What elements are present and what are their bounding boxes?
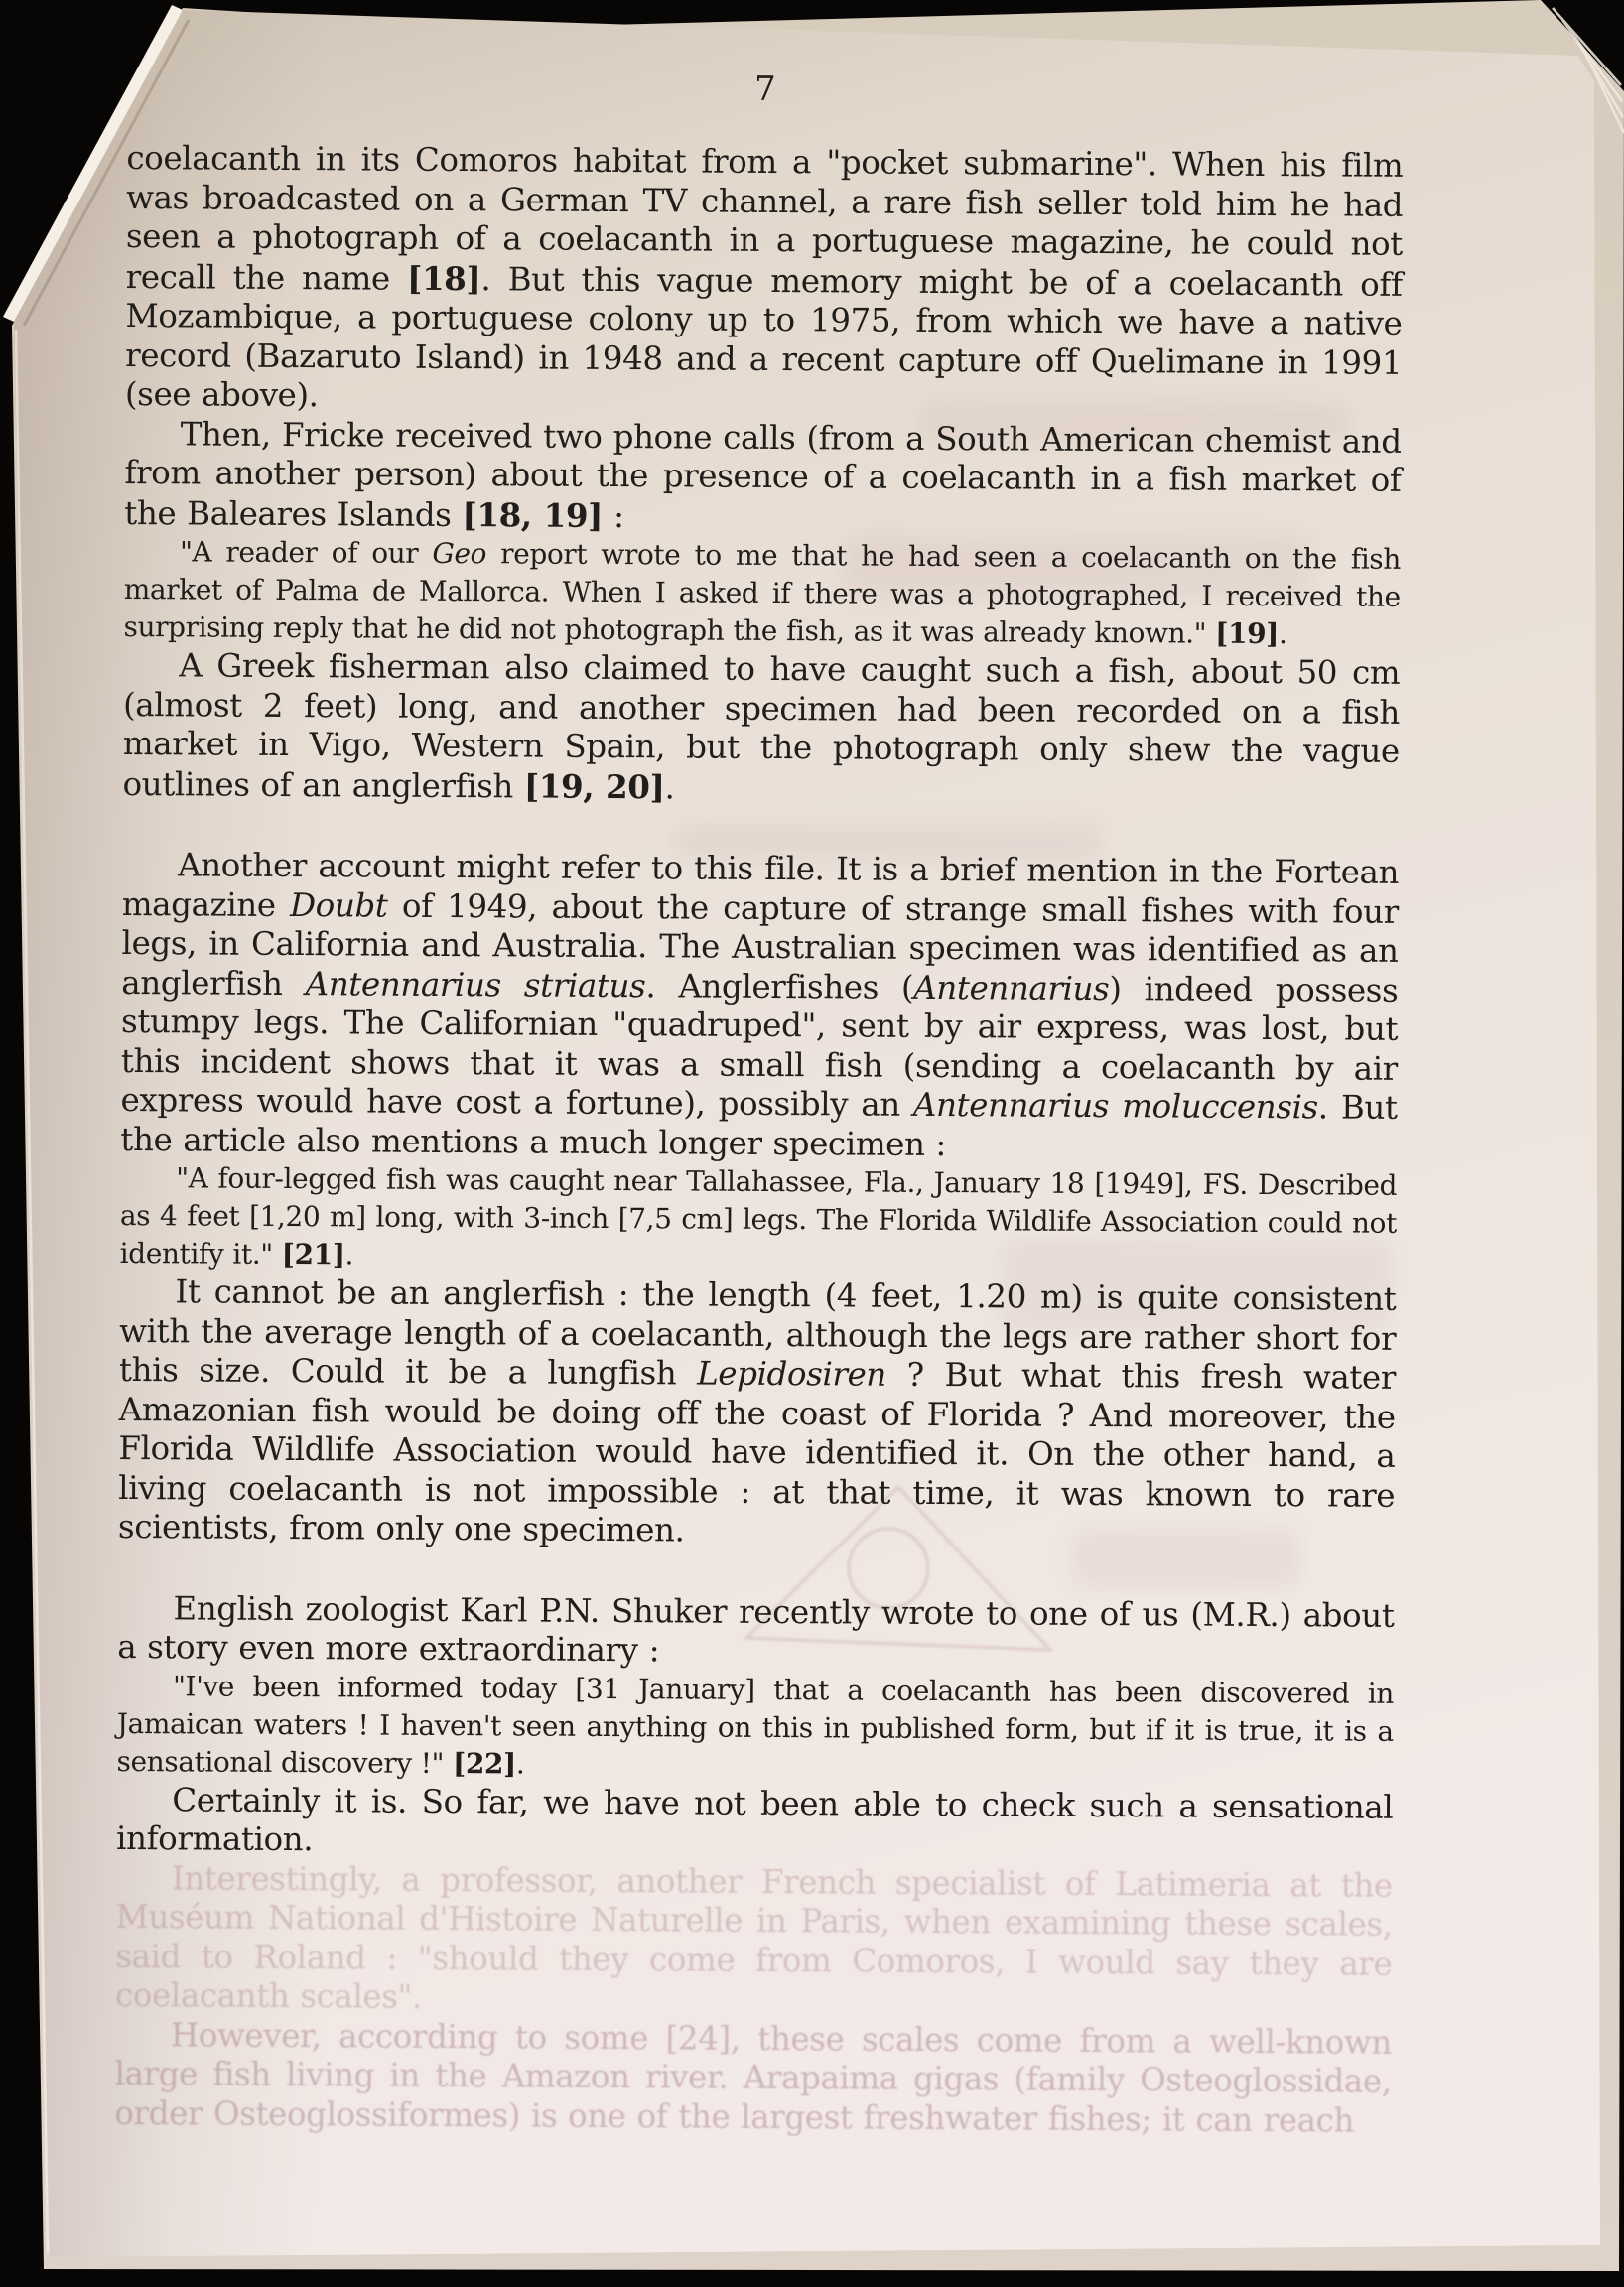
quote-paragraph: "I've been informed today [31 January] t…	[116, 1667, 1394, 1788]
paragraph: coelacanth in its Comoros habitat from a…	[125, 139, 1404, 422]
text-body: coelacanth in its Comoros habitat from a…	[114, 139, 1403, 2141]
quote-paragraph: "A reader of our Geo report wrote to me …	[123, 533, 1401, 654]
paragraph: English zoologist Karl P.N. Shuker recen…	[117, 1588, 1394, 1675]
quote-paragraph: "A four-legged fish was caught near Tall…	[120, 1159, 1398, 1280]
bleedthrough-paragraph: However, according to some [24], these s…	[114, 2015, 1392, 2140]
paragraph: It cannot be an anglerfish : the length …	[118, 1273, 1397, 1554]
paragraph: Another account might refer to this file…	[120, 846, 1399, 1167]
page-text: 7 coelacanth in its Comoros habitat from…	[114, 64, 1404, 2141]
scanned-document: { "colors": { "background": "#070605", "…	[0, 0, 1624, 2287]
bleedthrough-paragraph: Interestingly, a professor, another Fren…	[115, 1858, 1393, 2023]
paragraph: A Greek fisherman also claimed to have c…	[122, 646, 1400, 812]
paragraph: Then, Fricke received two phone calls (f…	[124, 414, 1402, 540]
page-number: 7	[127, 66, 1404, 113]
paragraph: Certainly it is. So far, we have not bee…	[116, 1780, 1393, 1866]
